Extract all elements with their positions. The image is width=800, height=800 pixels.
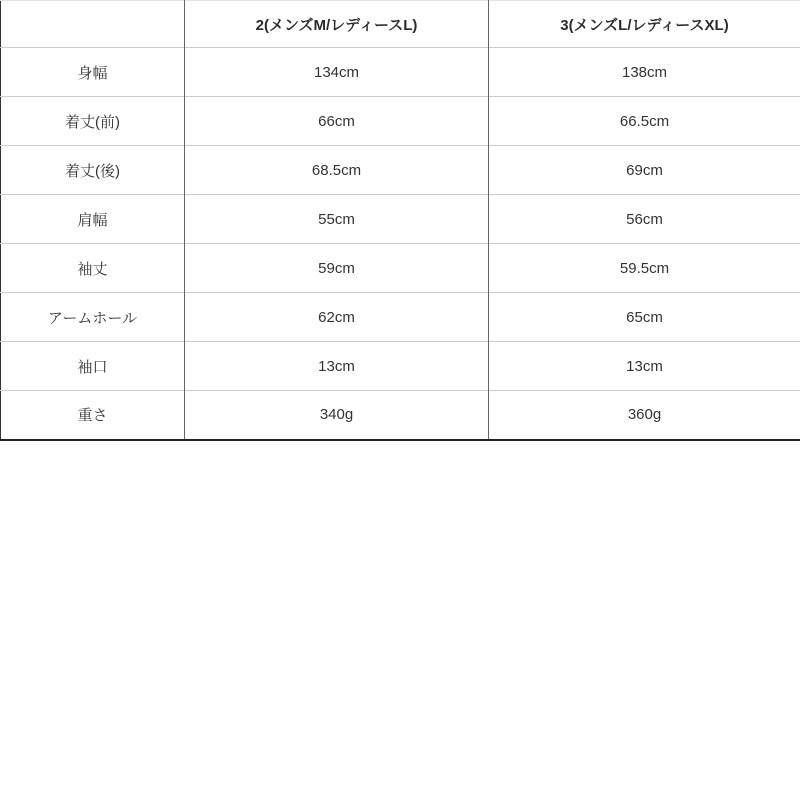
table-row: 身幅 134cm 138cm xyxy=(1,48,800,97)
measurement-value: 62cm xyxy=(185,293,489,342)
size-chart-body: 身幅 134cm 138cm 着丈(前) 66cm 66.5cm 着丈(後) 6… xyxy=(1,48,800,440)
measurement-label: 重さ xyxy=(1,391,185,440)
measurement-label: 身幅 xyxy=(1,48,185,97)
table-row: 着丈(後) 68.5cm 69cm xyxy=(1,146,800,195)
measurement-value: 59.5cm xyxy=(489,244,800,293)
measurement-label: 袖丈 xyxy=(1,244,185,293)
measurement-label: 着丈(前) xyxy=(1,97,185,146)
measurement-label: 袖口 xyxy=(1,342,185,391)
measurement-value: 68.5cm xyxy=(185,146,489,195)
table-row: アームホール 62cm 65cm xyxy=(1,293,800,342)
measurement-value: 360g xyxy=(489,391,800,440)
measurement-value: 138cm xyxy=(489,48,800,97)
measurement-value: 13cm xyxy=(185,342,489,391)
table-row: 袖丈 59cm 59.5cm xyxy=(1,244,800,293)
size-column-header: 2(メンズM/レディースL) xyxy=(185,1,489,48)
table-row: 着丈(前) 66cm 66.5cm xyxy=(1,97,800,146)
size-chart-header: 2(メンズM/レディースL) 3(メンズL/レディースXL) xyxy=(1,1,800,48)
measurement-value: 134cm xyxy=(185,48,489,97)
measurement-value: 65cm xyxy=(489,293,800,342)
corner-cell-empty xyxy=(1,1,185,48)
measurement-value: 59cm xyxy=(185,244,489,293)
header-row: 2(メンズM/レディースL) 3(メンズL/レディースXL) xyxy=(1,1,800,48)
measurement-label: 着丈(後) xyxy=(1,146,185,195)
measurement-value: 55cm xyxy=(185,195,489,244)
measurement-label: 肩幅 xyxy=(1,195,185,244)
table-row: 重さ 340g 360g xyxy=(1,391,800,440)
measurement-value: 340g xyxy=(185,391,489,440)
size-column-header: 3(メンズL/レディースXL) xyxy=(489,1,800,48)
measurement-value: 66cm xyxy=(185,97,489,146)
measurement-label: アームホール xyxy=(1,293,185,342)
measurement-value: 66.5cm xyxy=(489,97,800,146)
size-chart-table: 2(メンズM/レディースL) 3(メンズL/レディースXL) 身幅 134cm … xyxy=(0,0,800,441)
table-row: 袖口 13cm 13cm xyxy=(1,342,800,391)
page: 2(メンズM/レディースL) 3(メンズL/レディースXL) 身幅 134cm … xyxy=(0,0,800,800)
measurement-value: 13cm xyxy=(489,342,800,391)
measurement-value: 69cm xyxy=(489,146,800,195)
measurement-value: 56cm xyxy=(489,195,800,244)
table-row: 肩幅 55cm 56cm xyxy=(1,195,800,244)
